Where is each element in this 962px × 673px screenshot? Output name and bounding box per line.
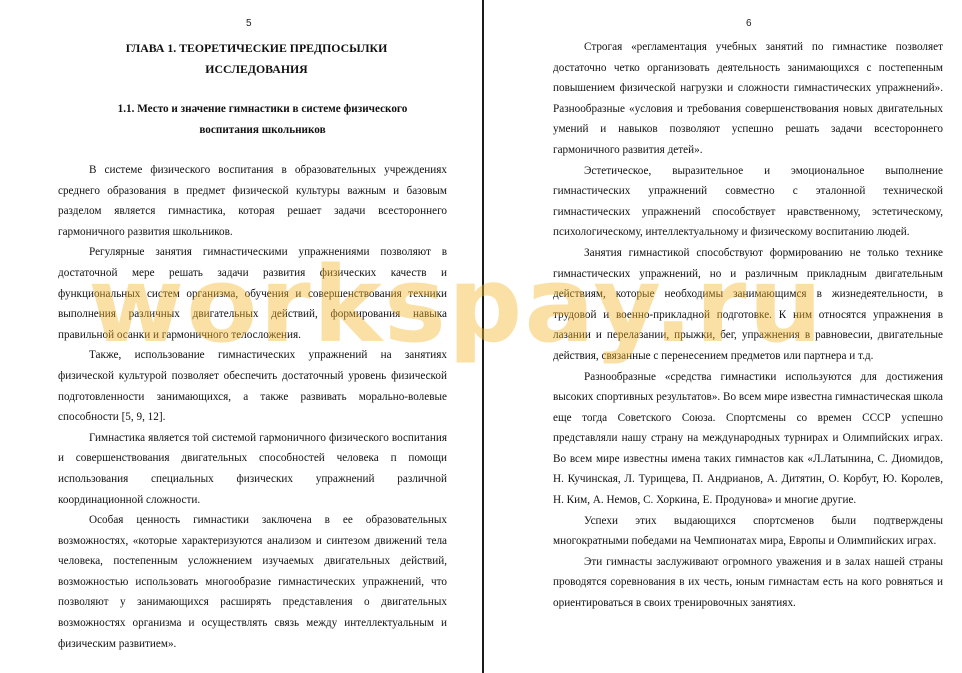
page-content: ГЛАВА 1. ТЕОРЕТИЧЕСКИЕ ПРЕДПОСЫЛКИ ИССЛЕ… <box>58 38 447 654</box>
paragraph: Особая ценность гимнастики заключена в е… <box>58 510 447 654</box>
paragraph: Гимнастика является той системой гармони… <box>58 428 447 510</box>
page-number: 6 <box>746 18 752 29</box>
page-number: 5 <box>246 18 252 29</box>
paragraph: Также, использование гимнастических упра… <box>58 345 447 427</box>
paragraph: Строгая «регламентация учебных занятий п… <box>553 37 943 161</box>
paragraph: Успехи этих выдающихся спортсменов были … <box>553 511 943 552</box>
paragraph: Регулярные занятия гимнастическими упраж… <box>58 242 447 345</box>
paragraph: Разнообразные «средства гимнастики испол… <box>553 367 943 511</box>
paragraph: В системе физического воспитания в образ… <box>58 160 447 242</box>
page-content: Строгая «регламентация учебных занятий п… <box>553 37 943 614</box>
section-title: 1.1. Место и значение гимнастики в систе… <box>58 99 447 141</box>
paragraph: Эстетическое, выразительное и эмоциональ… <box>553 161 943 243</box>
chapter-title: ГЛАВА 1. ТЕОРЕТИЧЕСКИЕ ПРЕДПОСЫЛКИ ИССЛЕ… <box>58 38 447 80</box>
paragraph: Эти гимнасты заслуживают огромного уваже… <box>553 552 943 614</box>
paragraph: Занятия гимнастикой способствуют формиро… <box>553 243 943 367</box>
page-left: 5 ГЛАВА 1. ТЕОРЕТИЧЕСКИЕ ПРЕДПОСЫЛКИ ИСС… <box>0 0 483 673</box>
page-right: 6 Строгая «регламентация учебных занятий… <box>484 0 962 673</box>
